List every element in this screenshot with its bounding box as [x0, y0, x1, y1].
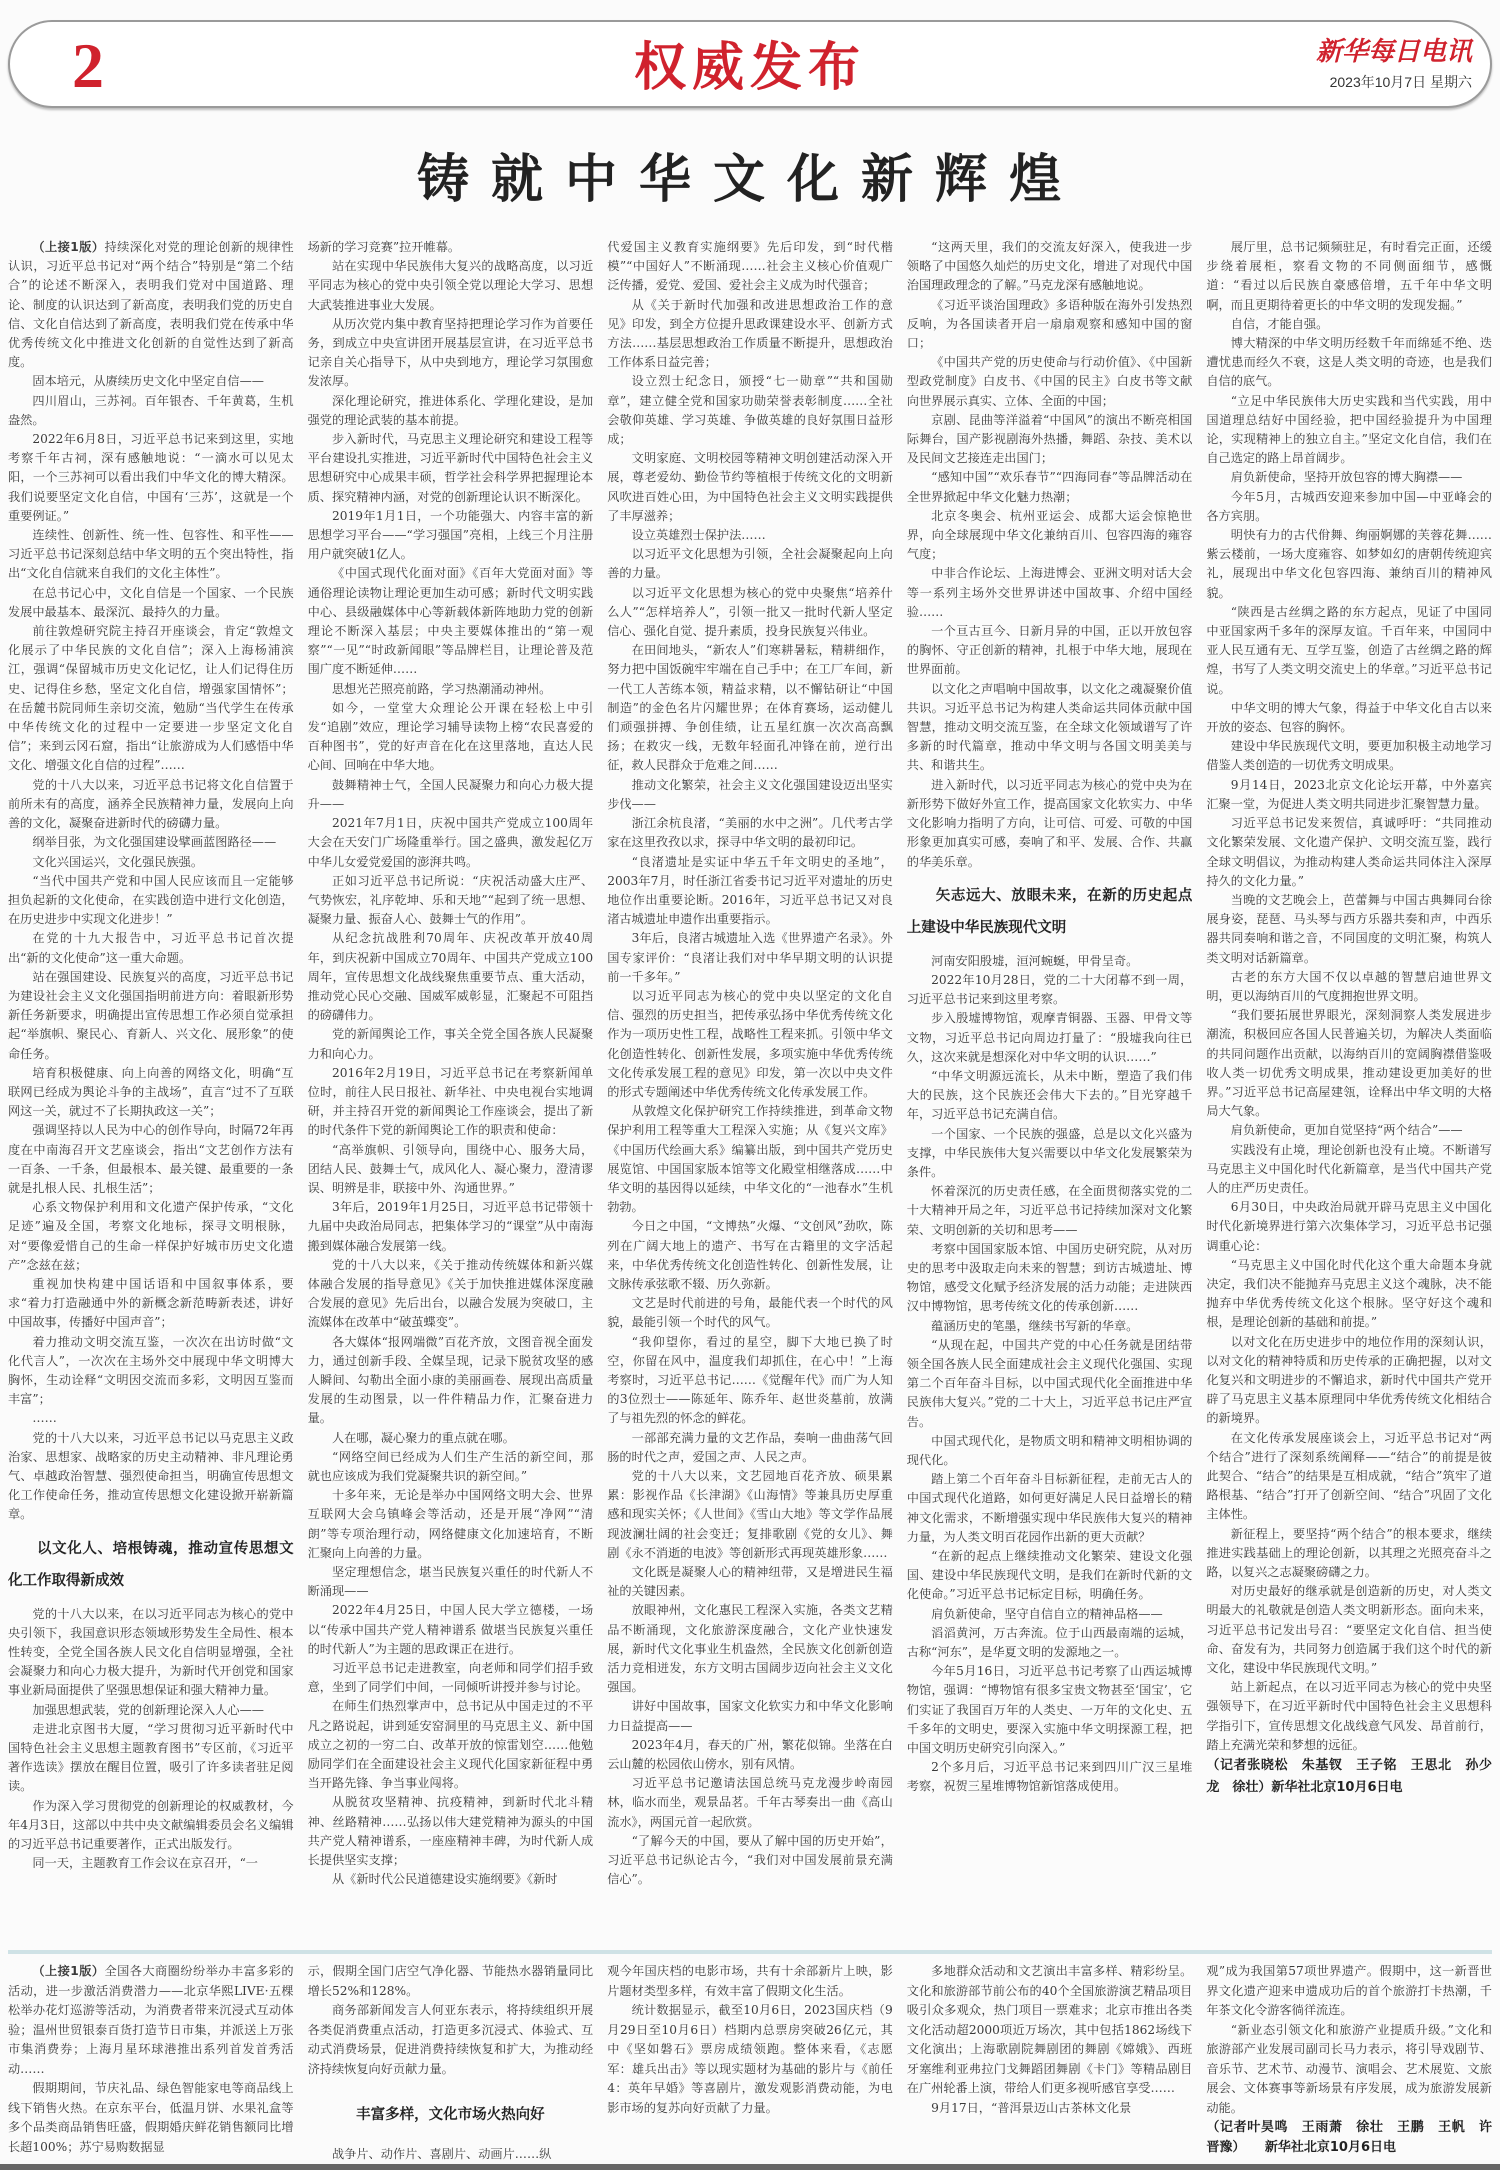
paragraph: 如今，一堂堂大众理论公开课在轻松上中引发“追剧”效应，理论学习辅导读物上榜“农民… [308, 699, 594, 776]
paragraph: 肩负新使命，坚持开放包容的博大胸襟—— [1206, 468, 1492, 487]
paragraph: 文艺是时代前进的号角，最能代表一个时代的风貌，最能引领一个时代的风气。 [607, 1294, 893, 1332]
paragraph-text: 心系文物保护利用和文化遗产保护传承，“文化足迹”遍及全国，考察文化地标，探寻文明… [8, 1200, 294, 1272]
paragraph-text: 一部部充满力量的文艺作品，奏响一曲曲荡气回肠的时代之声，爱国之声、人民之声。 [607, 1431, 893, 1464]
paragraph: 考察中国国家版本馆、中国历史研究院，从对历史的思考中汲取走向未来的智慧；到访古城… [907, 1240, 1193, 1317]
paragraph-text: 建设中华民族现代文明，要更加积极主动地学习借鉴人类创造的一切优秀文明成果。 [1206, 739, 1492, 772]
paragraph-text: 党的十八大以来，在以习近平同志为核心的党中央引领下，我国意识形态领域形势发生全局… [8, 1607, 294, 1698]
paragraph-text: 9月14日，2023北京文化论坛开幕，中外嘉宾汇聚一堂，为促进人类文明共同进步汇… [1206, 778, 1492, 811]
paragraph: （上接1版）全国各大商圈纷纷举办丰富多彩的活动，进一步激活消费潜力——北京华熙L… [8, 1962, 294, 2079]
paragraph: “感知中国”“欢乐春节”“四海同春”等品牌活动在全世界掀起中华文化魅力热潮； [907, 468, 1193, 506]
paragraph: 站在实现中华民族伟大复兴的战略高度，以习近平同志为核心的党中央引领全党以理论大学… [308, 257, 594, 315]
paragraph: 培育积极健康、向上向善的网络文化，明确“互联网已经成为舆论斗争的主战场”，直言“… [8, 1064, 294, 1122]
paragraph: 商务部新闻发言人何亚东表示，将持续组织开展各类促消费重点活动，打造更多沉浸式、体… [308, 2001, 594, 2079]
bottom-column-4: 多地群众活动和文艺演出丰富多样、精彩纷呈。文化和旅游部节前公布的40个全国旅游演… [907, 1962, 1193, 2162]
paragraph-text: 前往敦煌研究院主持召开座谈会，肯定“敦煌文化展示了中华民族的文化自信”；深入上海… [8, 624, 294, 772]
paragraph: 统计数据显示，截至10月6日，2023国庆档（9月29日至10月6日）档期内总票… [607, 2001, 893, 2118]
paragraph: 四川眉山，三苏祠。百年银杏、千年黄葛，生机盎然。 [8, 392, 294, 430]
paragraph-text: “在新的起点上继续推动文化繁荣、建设文化强国、建设中华民族现代文明，是我们在新时… [907, 1549, 1193, 1601]
paragraph-text: 中国式现代化，是物质文明和精神文明相协调的现代化。 [907, 1434, 1193, 1467]
paragraph: “中华文明源远流长，从未中断，塑造了我们伟大的民族，这个民族还会伟大下去的。”目… [907, 1067, 1193, 1125]
paragraph-text: 十多年来，无论是举办中国网络文明大会、世界互联网大会乌镇峰会等活动，还是开展“净… [308, 1488, 594, 1560]
paragraph: 从《关于新时代加强和改进思想政治工作的意见》印发，到全方位提升思政课建设水平、创… [607, 296, 893, 373]
paragraph-text: 四川眉山，三苏祠。百年银杏、千年黄葛，生机盎然。 [8, 394, 294, 427]
paragraph: “我仰望你，看过的星空，脚下大地已换了时空，你留在风中，温度我们却抓住，在心中！… [607, 1333, 893, 1429]
paragraph: 自信，才能自强。 [1206, 315, 1492, 334]
paragraph-text: 以习近平同志为核心的党中央以坚定的文化自信、强烈的历史担当，把传承弘扬中华优秀传… [607, 989, 893, 1099]
paragraph-text: 人在哪，凝心聚力的重点就在哪。 [332, 1431, 515, 1445]
newspaper-brand: 新华每日电讯 2023年10月7日 星期六 [1316, 34, 1472, 92]
paragraph: 一个亘古亘今、日新月异的中国，正以开放包容的胸怀、守正创新的精神，扎根于中华大地… [907, 622, 1193, 680]
paragraph: 以对文化在历史进步中的地位作用的深刻认识，以对文化的精神特质和历史传承的正确把握… [1206, 1333, 1492, 1429]
paragraph-text: 肩负新使命，坚持开放包容的博大胸襟—— [1231, 470, 1463, 484]
paragraph: 党的十八大以来，文艺园地百花齐放、硕果累累：影视作品《长津湖》《山海情》等兼具历… [607, 1467, 893, 1563]
paragraph-text: 加强思想武装，党的创新理论深入人心—— [32, 1703, 264, 1717]
bottom-column-1: （上接1版）全国各大商圈纷纷举办丰富多彩的活动，进一步激活消费潜力——北京华熙L… [8, 1962, 294, 2162]
paragraph-text: 纲举目张，为文化强国建设擘画蓝图路径—— [32, 835, 276, 849]
paragraph-text: 文明家庭、文明校园等精神文明创建活动深入开展，尊老爱幼、勤俭节约等植根于传统文化… [607, 451, 893, 523]
paragraph: 《中国式现代化面对面》《百年大党面对面》等通俗理论读物让理论更加生动可感；新时代… [308, 564, 594, 679]
paragraph-text: 讲好中国故事，国家文化软实力和中华文化影响力日益提高—— [607, 1699, 893, 1732]
paragraph-text: 中华文明的博大气象，得益于中华文化自古以来开放的姿态、包容的胸怀。 [1206, 701, 1492, 734]
paragraph: 2个多月后，习近平总书记来到四川广汉三星堆考察，祝贺三星堆博物馆新馆落成使用。 [907, 1758, 1193, 1796]
paragraph: 《中国共产党的历史使命与行动价值》、《中国新型政党制度》白皮书、《中国的民主》白… [907, 353, 1193, 411]
paragraph: 今日之中国，“文博热”火爆、“文创风”劲吹，陈列在广阔大地上的遗产、书写在古籍里… [607, 1217, 893, 1294]
paragraph-text: “我们要拓展世界眼光，深刻洞察人类发展进步潮流，积极回应各国人民普遍关切，为解决… [1206, 1008, 1492, 1118]
paragraph-text: 在田间地头，“新农人”们寒耕暑耘，精耕细作，努力把中国饭碗牢牢端在自己手中；在工… [607, 643, 893, 772]
paragraph: 滔滔黄河，万古奔流。位于山西最南端的运城，古称“河东”，是华夏文明的发源地之一。 [907, 1624, 1193, 1662]
paragraph-text: 思想光芒照亮前路，学习热潮涌动神州。 [332, 682, 551, 696]
paragraph-text: “了解今天的中国，要从了解中国的历史开始”，习近平总书记纵论古今，“我们对中国发… [607, 1834, 893, 1886]
bottom-column-2: 示，假期全国门店空气净化器、节能热水器销量同比增长52%和128%。商务部新闻发… [308, 1962, 594, 2162]
paragraph-text: 设立烈士纪念日，颁授“七一勋章”“共和国勋章”，建立健全党和国家功勋荣誉表彰制度… [607, 374, 893, 446]
paragraph: 各大媒体“报网端微”百花齐放，文图音视全面发力，通过创新手段、全媒呈现，记录下脱… [308, 1333, 594, 1429]
paragraph: “当代中国共产党和中国人民应该而且一定能够担负起新的文化使命，在实践创造中进行文… [8, 872, 294, 930]
paragraph: 推动文化繁荣，社会主义文化强国建设迈出坚实步伐—— [607, 776, 893, 814]
paragraph: 加强思想武装，党的创新理论深入人心—— [8, 1701, 294, 1720]
paragraph: 作为深入学习贯彻党的创新理论的权威教材，今年4月3日，这部以中共中央文献编辑委员… [8, 1797, 294, 1855]
paragraph: 在总书记心中，文化自信是一个国家、一个民族发展中最基本、最深沉、最持久的力量。 [8, 584, 294, 622]
paragraph-text: “立足中华民族伟大历史实践和当代实践，用中国道理总结好中国经验，把中国经验提升为… [1206, 394, 1492, 466]
paragraph-text: 对历史最好的继承就是创造新的历史，对人类文明最大的礼敬就是创造人类文明新形态。面… [1206, 1584, 1492, 1675]
paragraph-text: 浙江余杭良渚，“美丽的水中之洲”。几代考古学家在这里孜孜以求，探寻中华文明的最初… [607, 816, 893, 849]
paragraph: 从脱贫攻坚精神、抗疫精神，到新时代北斗精神、丝路精神……弘扬以伟大建党精神为源头… [308, 1793, 594, 1870]
paragraph-text: 一个国家、一个民族的强盛，总是以文化兴盛为支撑，中华民族伟大复兴需要以中华文化发… [907, 1127, 1193, 1179]
paragraph-text: 京剧、昆曲等洋溢着“中国风”的演出不断亮相国际舞台，国产影视剧海外热播，舞蹈、杂… [907, 413, 1193, 465]
paragraph-text: 以文化之声唱响中国故事，以文化之魂凝聚价值共识。习近平总书记为构建人类命运共同体… [907, 682, 1193, 773]
paragraph-text: 持续深化对党的理论创新的规律性认识，习近平总书记对“两个结合”特别是“第二个结合… [8, 240, 294, 369]
section-divider [8, 1950, 1492, 1954]
main-article: （上接1版）持续深化对党的理论创新的规律性认识，习近平总书记对“两个结合”特别是… [8, 238, 1492, 1958]
issue-date: 2023年10月7日 星期六 [1316, 72, 1472, 92]
paragraph: “马克思主义中国化时代化这个重大命题本身就决定，我们决不能抛弃马克思主义这个魂脉… [1206, 1256, 1492, 1333]
paragraph: 9月17日，“普洱景迈山古茶林文化景 [907, 2099, 1193, 2119]
paragraph-text: 实践没有止境，理论创新也没有止境。不断谱写马克思主义中国化时代化新篇章，是当代中… [1206, 1143, 1492, 1195]
paragraph-text: “网络空间已经成为人们生产生活的新空间，那就也应该成为我们党凝聚共识的新空间。” [308, 1450, 594, 1483]
paragraph-text: 丰富多样，文化市场火热向好 [356, 2107, 545, 2123]
article-headline: 铸就中华文化新辉煌 [0, 150, 1500, 210]
paragraph-text: 党的十八大以来，习近平总书记以马克思主义政治家、思想家、战略家的历史主动精神、非… [8, 1431, 294, 1522]
paragraph: “良渚遗址是实证中华五千年文明史的圣地”，2003年7月，时任浙江省委书记习近平… [607, 853, 893, 930]
paragraph: “网络空间已经成为人们生产生活的新空间，那就也应该成为我们党凝聚共识的新空间。” [308, 1448, 594, 1486]
paragraph-text: 商务部新闻发言人何亚东表示，将持续组织开展各类促消费重点活动，打造更多沉浸式、体… [308, 2003, 594, 2076]
paragraph-text: 战争片、动作片、喜剧片、动画片……纵 [332, 2147, 551, 2161]
paragraph: “在新的起点上继续推动文化繁荣、建设文化强国、建设中华民族现代文明，是我们在新时… [907, 1547, 1193, 1605]
paragraph: 6月30日，中央政治局就开辟马克思主义中国化时代化新境界进行第六次集体学习，习近… [1206, 1198, 1492, 1256]
paragraph: 党的新闻舆论工作，事关全党全国各族人民凝聚力和向心力。 [308, 1025, 594, 1063]
paragraph: 蕴涵历史的笔墨，继续书写新的华章。 [907, 1317, 1193, 1336]
paragraph-text: 统计数据显示，截至10月6日，2023国庆档（9月29日至10月6日）档期内总票… [607, 2003, 893, 2115]
paragraph: 肩负新使命，坚守自信自立的精神品格—— [907, 1605, 1193, 1624]
paragraph-text: 党的新闻舆论工作，事关全党全国各族人民凝聚力和向心力。 [308, 1027, 594, 1060]
paragraph-text: 当晚的文艺晚会上，芭蕾舞与中国古典舞同台徐展身姿，琵琶、马头琴与西方乐器共奏和声… [1206, 893, 1492, 965]
section-subhead: 丰富多样，文化市场火热向好 [308, 2097, 594, 2133]
paragraph: 以习近平文化思想为核心的党中央聚焦“培养什么人”“怎样培养人”，引领一批又一批时… [607, 584, 893, 642]
paragraph: 强调坚持以人民为中心的创作导向，时隔72年再度在中南海召开文艺座谈会，指出“文艺… [8, 1121, 294, 1198]
bottom-article: （上接1版）全国各大商圈纷纷举办丰富多彩的活动，进一步激活消费潜力——北京华熙L… [8, 1962, 1492, 2162]
paragraph-text: 习近平总书记发来贺信，真诚呼吁：“共同推动文化繁荣发展、文化遗产保护、文明交流互… [1206, 816, 1492, 888]
paragraph-text: 观今年国庆档的电影市场，共有十余部新片上映，影片题材类型多样，有效丰富了假期文化… [607, 1964, 893, 1998]
paragraph: 2022年10月28日，党的二十大闭幕不到一周，习近平总书记来到这里考察。 [907, 971, 1193, 1009]
paragraph: 一个国家、一个民族的强盛，总是以文化兴盛为支撑，中华民族伟大复兴需要以中华文化发… [907, 1125, 1193, 1183]
paragraph: 明快有力的古代佾舞、绚丽婀娜的芙蓉花舞……紫云楼前，一场大度雍容、如梦如幻的唐朝… [1206, 526, 1492, 603]
paragraph-text: “高举旗帜、引领导向，围绕中心、服务大局，团结人民、鼓舞士气，成风化人、凝心聚力… [308, 1143, 594, 1195]
paragraph: 2021年7月1日，庆祝中国共产党成立100周年大会在天安门广场隆重举行。国之盛… [308, 814, 594, 872]
paragraph: 京剧、昆曲等洋溢着“中国风”的演出不断亮相国际舞台，国产影视剧海外热播，舞蹈、杂… [907, 411, 1193, 469]
paragraph-text: 河南安阳殷墟，洹河蜿蜒，甲骨呈奇。 [931, 954, 1138, 968]
paragraph-text: 3年后，良渚古城遗址入选《世界遗产名录》。外国专家评价：“良渚让我们对中华早期文… [607, 931, 893, 983]
paragraph: 中非合作论坛、上海进博会、亚洲文明对话大会等一系列主场外交世界讲述中国故事、介绍… [907, 564, 1193, 622]
paragraph: 河南安阳殷墟，洹河蜿蜒，甲骨呈奇。 [907, 952, 1193, 971]
paragraph-text: 中非合作论坛、上海进博会、亚洲文明对话大会等一系列主场外交世界讲述中国故事、介绍… [907, 566, 1193, 618]
paragraph: 讲好中国故事，国家文化软实力和中华文化影响力日益提高—— [607, 1697, 893, 1735]
paragraph: 博大精深的中华文明历经数千年而绵延不绝、迭遭忧患而经久不衰，这是人类文明的奇迹，… [1206, 334, 1492, 392]
paragraph: 从敦煌文化保护研究工作持续推进，到革命文物保护利用工程等重大工程深入实施；从《复… [607, 1102, 893, 1217]
paragraph: 多地群众活动和文艺演出丰富多样、精彩纷呈。文化和旅游部节前公布的40个全国旅游演… [907, 1962, 1193, 2099]
paragraph-text: 自信，才能自强。 [1231, 317, 1329, 331]
paragraph: 中国式现代化，是物质文明和精神文明相协调的现代化。 [907, 1432, 1193, 1470]
paragraph-text: 考察中国国家版本馆、中国历史研究院，从对历史的思考中汲取走向未来的智慧；到访古城… [907, 1242, 1193, 1314]
paragraph: 新征程上，要坚持“两个结合”的根本要求，继续推进实践基础上的理论创新，以其理之光… [1206, 1525, 1492, 1583]
paragraph: 2022年6月8日，习近平总书记来到这里，实地考察千年古祠，深有感触地说：“一滴… [8, 430, 294, 526]
paragraph-text: 滔滔黄河，万古奔流。位于山西最南端的运城，古称“河东”，是华夏文明的发源地之一。 [907, 1626, 1193, 1659]
paragraph: 前往敦煌研究院主持召开座谈会，肯定“敦煌文化展示了中华民族的文化自信”；深入上海… [8, 622, 294, 776]
masthead: 2 权威发布 新华每日电讯 2023年10月7日 星期六 [8, 20, 1492, 108]
paragraph: 观”成为我国第57项世界遗产。假期中，这一新晋世界文化遗产迎来申遗成功后的首个旅… [1206, 1962, 1492, 2021]
paragraph: 假期期间，节庆礼品、绿色智能家电等商品线上线下销售火热。在京东平台，低温月饼、水… [8, 2079, 294, 2157]
paragraph-text: 从敦煌文化保护研究工作持续推进，到革命文物保护利用工程等重大工程深入实施；从《复… [607, 1104, 893, 1214]
paragraph-text: “新业态引领文化和旅游产业提质升级。”文化和旅游部产业发展司副司长马力表示，将引… [1206, 2023, 1492, 2115]
paragraph: 重视加快构建中国话语和中国叙事体系，要求“着力打造融通中外的新概念新范畴新表述，… [8, 1275, 294, 1333]
paragraph: 文化兴国运兴，文化强民族强。 [8, 853, 294, 872]
page-bottom-border [0, 2164, 1500, 2170]
paragraph-text: 2022年6月8日，习近平总书记来到这里，实地考察千年古祠，深有感触地说：“一滴… [8, 432, 294, 523]
paragraph-text: 以文化人、培根铸魂，推动宣传思想文化工作取得新成效 [8, 1541, 294, 1589]
paragraph-text: 博大精深的中华文明历经数千年而绵延不绝、迭遭忧患而经久不衰，这是人类文明的奇迹，… [1206, 336, 1492, 388]
paragraph: 对历史最好的继承就是创造新的历史，对人类文明最大的礼敬就是创造人类文明新形态。面… [1206, 1582, 1492, 1678]
main-column-3: 代爱国主义教育实施纲要》先后印发，到“时代楷模”“中国好人”不断涌现……社会主义… [607, 238, 893, 1958]
paragraph-text: 今日之中国，“文博热”火爆、“文创风”劲吹，陈列在广阔大地上的遗产、书写在古籍里… [607, 1219, 893, 1291]
paragraph: 建设中华民族现代文明，要更加积极主动地学习借鉴人类创造的一切优秀文明成果。 [1206, 737, 1492, 775]
paragraph: 2022年4月25日，中国人民大学立德楼，一场以“传承中国共产党人精神谱系 做堪… [308, 1601, 594, 1659]
paragraph: “高举旗帜、引领导向，围绕中心、服务大局，团结人民、鼓舞士气，成风化人、凝心聚力… [308, 1141, 594, 1199]
main-column-2: 场新的学习竞赛”拉开帷幕。站在实现中华民族伟大复兴的战略高度，以习近平同志为核心… [308, 238, 594, 1958]
paragraph-text: 2022年10月28日，党的二十大闭幕不到一周，习近平总书记来到这里考察。 [907, 973, 1193, 1006]
paragraph: 观今年国庆档的电影市场，共有十余部新片上映，影片题材类型多样，有效丰富了假期文化… [607, 1962, 893, 2001]
paragraph-text: 站在强国建设、民族复兴的高度，习近平总书记为建设社会主义文化强国指明前进方向：着… [8, 970, 294, 1061]
paragraph-text: 鼓舞精神士气，全国人民凝聚力和向心力极大提升—— [308, 778, 594, 811]
paragraph-text: 培育积极健康、向上向善的网络文化，明确“互联网已经成为舆论斗争的主战场”，直言“… [8, 1066, 294, 1118]
paragraph-text: 强调坚持以人民为中心的创作导向，时隔72年再度在中南海召开文艺座谈会，指出“文艺… [8, 1123, 294, 1195]
paragraph: 进入新时代，以习近平同志为核心的党中央为在新形势下做好外宣工作，提高国家文化软实… [907, 776, 1193, 872]
paragraph-text: …… [32, 1411, 56, 1425]
paragraph: 着力推动文明交流互鉴，一次次在出访时做“文化代言人”，一次次在主场外交中展现中华… [8, 1333, 294, 1410]
paragraph-text: 肩负新使命，更加自觉坚持“两个结合”—— [1231, 1123, 1463, 1137]
paragraph: 踏上第二个百年奋斗目标新征程，走前无古人的中国式现代化道路，如何更好满足人民日益… [907, 1470, 1193, 1547]
paragraph: 以习近平同志为核心的党中央以坚定的文化自信、强烈的历史担当，把传承弘扬中华优秀传… [607, 987, 893, 1102]
paragraph-text: 作为深入学习贯彻党的创新理论的权威教材，今年4月3日，这部以中共中央文献编辑委员… [8, 1799, 294, 1851]
paragraph: …… [8, 1409, 294, 1428]
paragraph: “了解今天的中国，要从了解中国的历史开始”，习近平总书记纵论古今，“我们对中国发… [607, 1832, 893, 1890]
paragraph-text: 假期期间，节庆礼品、绿色智能家电等商品线上线下销售火热。在京东平台，低温月饼、水… [8, 2081, 294, 2154]
section-subhead: 矢志远大、放眼未来，在新的历史起点上建设中华民族现代文明 [907, 880, 1193, 944]
paragraph: 习近平总书记发来贺信，真诚呼吁：“共同推动文化繁荣发展、文化遗产保护、文明交流互… [1206, 814, 1492, 891]
bottom-column-3: 观今年国庆档的电影市场，共有十余部新片上映，影片题材类型多样，有效丰富了假期文化… [607, 1962, 893, 2162]
paragraph-text: 设立英雄烈士保护法…… [632, 528, 766, 542]
paragraph-text: 《习近平谈治国理政》多语种版在海外引发热烈反响，为各国读者开启一扇扇观察和感知中… [907, 298, 1193, 350]
paragraph-text: 文化兴国运兴，文化强民族强。 [32, 855, 203, 869]
paragraph-text: 推动文化繁荣，社会主义文化强国建设迈出坚实步伐—— [607, 778, 893, 811]
paragraph-text: 以对文化在历史进步中的地位作用的深刻认识，以对文化的精神特质和历史传承的正确把握… [1206, 1335, 1492, 1426]
paragraph: 从历次党内集中教育坚持把理论学习作为首要任务，到成立中央宣讲团开展基层宣讲，在习… [308, 315, 594, 392]
paragraph-text: 全国各大商圈纷纷举办丰富多彩的活动，进一步激活消费潜力——北京华熙LIVE·五棵… [8, 1964, 294, 2076]
main-column-1: （上接1版）持续深化对党的理论创新的规律性认识，习近平总书记对“两个结合”特别是… [8, 238, 294, 1958]
paragraph-text: “当代中国共产党和中国人民应该而且一定能够担负起新的文化使命，在实践创造中进行文… [8, 874, 294, 926]
paragraph: 深化理论研究，推进体系化、学理化建设，是加强党的理论武装的基本前提。 [308, 392, 594, 430]
paragraph-text: 展厅里，总书记频频驻足，有时看完正面，还缓步绕着展柜，察看文物的不同侧面细节，感… [1206, 240, 1492, 312]
paragraph-text: 正如习近平总书记所说：“庆祝活动盛大庄严、气势恢宏，礼序乾坤、乐和天地”“起到了… [308, 874, 594, 926]
paragraph-text: 文艺是时代前进的号角，最能代表一个时代的风貌，最能引领一个时代的风气。 [607, 1296, 893, 1329]
paragraph-text: 连续性、创新性、统一性、包容性、和平性——习近平总书记深刻总结中华文明的五个突出… [8, 528, 294, 580]
paragraph: 人在哪，凝心聚力的重点就在哪。 [308, 1429, 594, 1448]
paragraph: 党的十八大以来，习近平总书记将文化自信置于前所未有的高度，涵养全民族精神力量，发… [8, 776, 294, 834]
paragraph-text: 走进北京图书大厦，“学习贯彻习近平新时代中国特色社会主义思想主题教育图书”专区前… [8, 1722, 294, 1794]
paragraph: 步入殷墟博物馆，观摩青铜器、玉器、甲骨文等文物，习近平总书记向周边打量了：“殷墟… [907, 1009, 1193, 1067]
paragraph: 古老的东方大国不仅以卓越的智慧启迪世界文明，更以海纳百川的气度拥抱世界文明。 [1206, 968, 1492, 1006]
paragraph: 文明家庭、文明校园等精神文明创建活动深入开展，尊老爱幼、勤俭节约等植根于传统文化… [607, 449, 893, 526]
paragraph-text: （记者叶昊鸣 王雨萧 徐壮 王鹏 王帆 许晋豫） 新华社北京10月6日电 [1206, 2120, 1492, 2155]
paragraph-text: 2019年1月1日，一个功能强大、内容丰富的新思想学习平台——“学习强国”亮相，… [308, 509, 594, 561]
paragraph-text: 党的十八大以来，习近平总书记将文化自信置于前所未有的高度，涵养全民族精神力量，发… [8, 778, 294, 830]
paragraph-text: 在文化传承发展座谈会上，习近平总书记对“两个结合”进行了深刻系统阐释——“结合”… [1206, 1431, 1492, 1522]
paragraph-text: “从现在起，中国共产党的中心任务就是团结带领全国各族人民全面建成社会主义现代化强… [907, 1338, 1193, 1429]
paragraph-text: 观”成为我国第57项世界遗产。假期中，这一新晋世界文化遗产迎来申遗成功后的首个旅… [1206, 1964, 1492, 2017]
paragraph: 3年后，2019年1月25日，习近平总书记带领十九届中央政治局同志，把集体学习的… [308, 1198, 594, 1256]
paragraph-text: 2022年4月25日，中国人民大学立德楼，一场以“传承中国共产党人精神谱系 做堪… [308, 1603, 594, 1655]
paragraph-text: 步入新时代，马克思主义理论研究和建设工程等平台建设扎实推进，习近平新时代中国特色… [308, 432, 594, 504]
paragraph: 场新的学习竞赛”拉开帷幕。 [308, 238, 594, 257]
paragraph: 设立英雄烈士保护法…… [607, 526, 893, 545]
paragraph-text: 今年5月，古城西安迎来参加中国—中亚峰会的各方宾朋。 [1206, 490, 1492, 523]
section-subhead: 以文化人、培根铸魂，推动宣传思想文化工作取得新成效 [8, 1533, 294, 1597]
paragraph-text: 在师生们热烈掌声中，总书记从中国走过的不平凡之路说起，讲到延安窑洞里的马克思主义… [308, 1699, 594, 1790]
paragraph: 站上新起点，在以习近平同志为核心的党中央坚强领导下，在习近平新时代中国特色社会主… [1206, 1678, 1492, 1755]
paragraph-text: 固本培元，从赓续历史文化中坚定自信—— [32, 374, 264, 388]
paragraph-text: “中华文明源远流长，从未中断，塑造了我们伟大的民族，这个民族还会伟大下去的。”目… [907, 1069, 1193, 1121]
paragraph: 展厅里，总书记频频驻足，有时看完正面，还缓步绕着展柜，察看文物的不同侧面细节，感… [1206, 238, 1492, 315]
paragraph: 以文化之声唱响中国故事，以文化之魂凝聚价值共识。习近平总书记为构建人类命运共同体… [907, 680, 1193, 776]
paragraph: 鼓舞精神士气，全国人民凝聚力和向心力极大提升—— [308, 776, 594, 814]
byline: （记者张晓松 朱基钗 王子铭 王思北 孙少龙 徐壮）新华社北京10月6日电 [1206, 1755, 1492, 1799]
paragraph: 走进北京图书大厦，“学习贯彻习近平新时代中国特色社会主义思想主题教育图书”专区前… [8, 1720, 294, 1797]
paragraph-text: “良渚遗址是实证中华五千年文明史的圣地”，2003年7月，时任浙江省委书记习近平… [607, 855, 893, 927]
paragraph: 纲举目张，为文化强国建设擘画蓝图路径—— [8, 833, 294, 852]
continued-from-marker: （上接1版） [32, 1964, 104, 1978]
paragraph: 在党的十九大报告中，习近平总书记首次提出“新的文化使命”这一重大命题。 [8, 929, 294, 967]
paragraph-text: 古老的东方大国不仅以卓越的智慧启迪世界文明，更以海纳百川的气度拥抱世界文明。 [1206, 970, 1492, 1003]
byline: （记者叶昊鸣 王雨萧 徐壮 王鹏 王帆 许晋豫） 新华社北京10月6日电 [1206, 2118, 1492, 2158]
paragraph-text: “马克思主义中国化时代化这个重大命题本身就决定，我们决不能抛弃马克思主义这个魂脉… [1206, 1258, 1492, 1330]
paragraph: 今年5月，古城西安迎来参加中国—中亚峰会的各方宾朋。 [1206, 488, 1492, 526]
paragraph-text: 从脱贫攻坚精神、抗疫精神，到新时代北斗精神、丝路精神……弘扬以伟大建党精神为源头… [308, 1795, 594, 1867]
paragraph-text: 《中国共产党的历史使命与行动价值》、《中国新型政党制度》白皮书、《中国的民主》白… [907, 355, 1193, 407]
paragraph-text: 以习近平文化思想为核心的党中央聚焦“培养什么人”“怎样培养人”，引领一批又一批时… [607, 586, 893, 638]
paragraph-text: 重视加快构建中国话语和中国叙事体系，要求“着力打造融通中外的新概念新范畴新表述，… [8, 1277, 294, 1329]
brand-logo: 新华每日电讯 [1316, 34, 1472, 70]
paragraph: 浙江余杭良渚，“美丽的水中之洲”。几代考古学家在这里孜孜以求，探寻中华文明的最初… [607, 814, 893, 852]
main-column-5: 展厅里，总书记频频驻足，有时看完正面，还缓步绕着展柜，察看文物的不同侧面细节，感… [1206, 238, 1492, 1958]
section-title: 权威发布 [10, 38, 1490, 98]
paragraph: 一部部充满力量的文艺作品，奏响一曲曲荡气回肠的时代之声，爱国之声、人民之声。 [607, 1429, 893, 1467]
paragraph: 中华文明的博大气象，得益于中华文化自古以来开放的姿态、包容的胸怀。 [1206, 699, 1492, 737]
paragraph: 以习近平文化思想为引领，全社会凝聚起向上向善的力量。 [607, 545, 893, 583]
paragraph: 党的十八大以来，习近平总书记以马克思主义政治家、思想家、战略家的历史主动精神、非… [8, 1429, 294, 1525]
paragraph: 示，假期全国门店空气净化器、节能热水器销量同比增长52%和128%。 [308, 1962, 594, 2001]
paragraph: 2019年1月1日，一个功能强大、内容丰富的新思想学习平台——“学习强国”亮相，… [308, 507, 594, 565]
paragraph-text: 矢志远大、放眼未来，在新的历史起点上建设中华民族现代文明 [907, 888, 1193, 936]
paragraph: 当晚的文艺晚会上，芭蕾舞与中国古典舞同台徐展身姿，琵琶、马头琴与西方乐器共奏和声… [1206, 891, 1492, 968]
paragraph: 怀着深沉的历史责任感，在全面贯彻落实党的二十大精神开局之年，习近平总书记持续加深… [907, 1182, 1193, 1240]
paragraph: 战争片、动作片、喜剧片、动画片……纵 [308, 2145, 594, 2162]
paragraph-text: 放眼神州，文化惠民工程深入实施，各类文艺精品不断涌现，文化旅游深度融合，文化产业… [607, 1603, 893, 1694]
paragraph-text: “这两天里，我们的交流友好深入，使我进一步领略了中国悠久灿烂的历史文化，增进了对… [907, 240, 1193, 292]
paragraph: 习近平总书记走进教室，向老师和同学们招手致意，坐到了同学们中间，一同倾听讲授并参… [308, 1659, 594, 1697]
paragraph-text: 以习近平文化思想为引领，全社会凝聚起向上向善的力量。 [607, 547, 893, 580]
paragraph-text: 今年5月16日，习近平总书记考察了山西运城博物馆，强调：“博物馆有很多宝贵文物甚… [907, 1664, 1193, 1755]
paragraph: 北京冬奥会、杭州亚运会、成都大运会惊艳世界，向全球展现中华文化兼纳百川、包容四海… [907, 507, 1193, 565]
paragraph-text: 示，假期全国门店空气净化器、节能热水器销量同比增长52%和128%。 [308, 1964, 594, 1998]
paragraph-text: 9月17日，“普洱景迈山古茶林文化景 [931, 2101, 1131, 2115]
paragraph: 肩负新使命，更加自觉坚持“两个结合”—— [1206, 1121, 1492, 1140]
paragraph: “从现在起，中国共产党的中心任务就是团结带领全国各族人民全面建成社会主义现代化强… [907, 1336, 1193, 1432]
paragraph: 站在强国建设、民族复兴的高度，习近平总书记为建设社会主义文化强国指明前进方向：着… [8, 968, 294, 1064]
paragraph-text: 场新的学习竞赛”拉开帷幕。 [308, 240, 460, 254]
paragraph: 实践没有止境，理论创新也没有止境。不断谱写马克思主义中国化时代化新篇章，是当代中… [1206, 1141, 1492, 1199]
paragraph: 今年5月16日，习近平总书记考察了山西运城博物馆，强调：“博物馆有很多宝贵文物甚… [907, 1662, 1193, 1758]
paragraph-text: 如今，一堂堂大众理论公开课在轻松上中引发“追剧”效应，理论学习辅导读物上榜“农民… [308, 701, 594, 773]
paragraph: 固本培元，从赓续历史文化中坚定自信—— [8, 372, 294, 391]
paragraph-text: 肩负新使命，坚守自信自立的精神品格—— [931, 1607, 1163, 1621]
paragraph-text: 站上新起点，在以习近平同志为核心的党中央坚强领导下，在习近平新时代中国特色社会主… [1206, 1680, 1492, 1752]
paragraph-text: 进入新时代，以习近平同志为核心的党中央为在新形势下做好外宣工作，提高国家文化软实… [907, 778, 1193, 869]
paragraph-text: 2个多月后，习近平总书记来到四川广汉三星堆考察，祝贺三星堆博物馆新馆落成使用。 [907, 1760, 1193, 1793]
paragraph-text: 从历次党内集中教育坚持把理论学习作为首要任务，到成立中央宣讲团开展基层宣讲，在习… [308, 317, 594, 389]
paragraph: 在师生们热烈掌声中，总书记从中国走过的不平凡之路说起，讲到延安窑洞里的马克思主义… [308, 1697, 594, 1793]
paragraph-text: 从《关于新时代加强和改进思想政治工作的意见》印发，到全方位提升思政课建设水平、创… [607, 298, 893, 370]
paragraph: 在文化传承发展座谈会上，习近平总书记对“两个结合”进行了深刻系统阐释——“结合”… [1206, 1429, 1492, 1525]
paragraph-text: 站在实现中华民族伟大复兴的战略高度，以习近平同志为核心的党中央引领全党以理论大学… [308, 259, 594, 311]
paragraph: 从《新时代公民道德建设实施纲要》《新时 [308, 1870, 594, 1889]
paragraph-text: “感知中国”“欢乐春节”“四海同春”等品牌活动在全世界掀起中华文化魅力热潮； [907, 470, 1193, 503]
paragraph-text: 深化理论研究，推进体系化、学理化建设，是加强党的理论武装的基本前提。 [308, 394, 594, 427]
paragraph: 思想光芒照亮前路，学习热潮涌动神州。 [308, 680, 594, 699]
paragraph: 9月14日，2023北京文化论坛开幕，中外嘉宾汇聚一堂，为促进人类文明共同进步汇… [1206, 776, 1492, 814]
paragraph-text: 怀着深沉的历史责任感，在全面贯彻落实党的二十大精神开局之年，习近平总书记持续加深… [907, 1184, 1193, 1236]
paragraph-text: （记者张晓松 朱基钗 王子铭 王思北 孙少龙 徐壮）新华社北京10月6日电 [1206, 1758, 1492, 1795]
paragraph-text: 党的十八大以来，文艺园地百花齐放、硕果累累：影视作品《长津湖》《山海情》等兼具历… [607, 1469, 893, 1560]
paragraph: 党的十八大以来，《关于推动传统媒体和新兴媒体融合发展的指导意见》《关于加快推进媒… [308, 1256, 594, 1333]
paragraph-text: 新征程上，要坚持“两个结合”的根本要求，继续推进实践基础上的理论创新，以其理之光… [1206, 1527, 1492, 1579]
paragraph: 坚定理想信念，堪当民族复兴重任的时代新人不断涌现—— [308, 1563, 594, 1601]
paragraph-text: 2023年4月，春天的广州，繁花似锦。坐落在白云山麓的松园依山傍水，别有风情。 [607, 1738, 893, 1771]
paragraph: 2016年2月19日，习近平总书记在考察新闻单位时，前往人民日报社、新华社、中央… [308, 1064, 594, 1141]
paragraph: 文化既是凝聚人心的精神纽带，又是增进民生福祉的关键因素。 [607, 1563, 893, 1601]
paragraph: 同一天，主题教育工作会议在京召开，“一 [8, 1854, 294, 1873]
paragraph-text: 从《新时代公民道德建设实施纲要》《新时 [332, 1872, 557, 1886]
paragraph: 3年后，良渚古城遗址入选《世界遗产名录》。外国专家评价：“良渚让我们对中华早期文… [607, 929, 893, 987]
paragraph-text: “陕西是古丝绸之路的东方起点，见证了中国同中亚国家两千多年的深厚友谊。千百年来，… [1206, 605, 1492, 696]
paragraph-text: 习近平总书记走进教室，向老师和同学们招手致意，坐到了同学们中间，一同倾听讲授并参… [308, 1661, 594, 1694]
paragraph-text: 《中国式现代化面对面》《百年大党面对面》等通俗理论读物让理论更加生动可感；新时代… [308, 566, 594, 676]
paragraph: “新业态引领文化和旅游产业提质升级。”文化和旅游部产业发展司副司长马力表示，将引… [1206, 2021, 1492, 2119]
paragraph: 从纪念抗战胜利70周年、庆祝改革开放40周年，到庆祝新中国成立70周年、中国共产… [308, 929, 594, 1025]
continued-from-marker: （上接1版） [32, 240, 104, 254]
paragraph: “这两天里，我们的交流友好深入，使我进一步领略了中国悠久灿烂的历史文化，增进了对… [907, 238, 1193, 296]
paragraph: 十多年来，无论是举办中国网络文明大会、世界互联网大会乌镇峰会等活动，还是开展“净… [308, 1486, 594, 1563]
paragraph-text: 在总书记心中，文化自信是一个国家、一个民族发展中最基本、最深沉、最持久的力量。 [8, 586, 294, 619]
paragraph-text: 步入殷墟博物馆，观摩青铜器、玉器、甲骨文等文物，习近平总书记向周边打量了：“殷墟… [907, 1011, 1193, 1063]
paragraph: 《习近平谈治国理政》多语种版在海外引发热烈反响，为各国读者开启一扇扇观察和感知中… [907, 296, 1193, 354]
paragraph: 2023年4月，春天的广州，繁花似锦。坐落在白云山麓的松园依山傍水，别有风情。 [607, 1736, 893, 1774]
paragraph-text: 北京冬奥会、杭州亚运会、成都大运会惊艳世界，向全球展现中华文化兼纳百川、包容四海… [907, 509, 1193, 561]
paragraph: （上接1版）持续深化对党的理论创新的规律性认识，习近平总书记对“两个结合”特别是… [8, 238, 294, 372]
paragraph-text: 党的十八大以来，《关于推动传统媒体和新兴媒体融合发展的指导意见》《关于加快推进媒… [308, 1258, 594, 1330]
paragraph: 代爱国主义教育实施纲要》先后印发，到“时代楷模”“中国好人”不断涌现……社会主义… [607, 238, 893, 296]
paragraph-text: 各大媒体“报网端微”百花齐放，文图音视全面发力，通过创新手段、全媒呈现，记录下脱… [308, 1335, 594, 1426]
paragraph-text: 明快有力的古代佾舞、绚丽婀娜的芙蓉花舞……紫云楼前，一场大度雍容、如梦如幻的唐朝… [1206, 528, 1492, 600]
paragraph-text: 2016年2月19日，习近平总书记在考察新闻单位时，前往人民日报社、新华社、中央… [308, 1066, 594, 1138]
paragraph: “我们要拓展世界眼光，深刻洞察人类发展进步潮流，积极回应各国人民普遍关切，为解决… [1206, 1006, 1492, 1121]
paragraph: 党的十八大以来，在以习近平同志为核心的党中央引领下，我国意识形态领域形势发生全局… [8, 1605, 294, 1701]
paragraph-text: 习近平总书记邀请法国总统马克龙漫步岭南园林，临水而坐，观景品茗。千年古琴奏出一曲… [607, 1776, 893, 1828]
paragraph: 设立烈士纪念日，颁授“七一勋章”“共和国勋章”，建立健全党和国家功勋荣誉表彰制度… [607, 372, 893, 449]
paragraph-text: 同一天，主题教育工作会议在京召开，“一 [32, 1856, 258, 1870]
paragraph: “陕西是古丝绸之路的东方起点，见证了中国同中亚国家两千多年的深厚友谊。千百年来，… [1206, 603, 1492, 699]
paragraph-text: 踏上第二个百年奋斗目标新征程，走前无古人的中国式现代化道路，如何更好满足人民日益… [907, 1472, 1193, 1544]
paragraph: 正如习近平总书记所说：“庆祝活动盛大庄严、气势恢宏，礼序乾坤、乐和天地”“起到了… [308, 872, 594, 930]
paragraph: 习近平总书记邀请法国总统马克龙漫步岭南园林，临水而坐，观景品茗。千年古琴奏出一曲… [607, 1774, 893, 1832]
paragraph-text: 着力推动文明交流互鉴，一次次在出访时做“文化代言人”，一次次在主场外交中展现中华… [8, 1335, 294, 1407]
paragraph-text: “我仰望你，看过的星空，脚下大地已换了时空，你留在风中，温度我们却抓住，在心中！… [607, 1335, 893, 1426]
paragraph-text: 多地群众活动和文艺演出丰富多样、精彩纷呈。文化和旅游部节前公布的40个全国旅游演… [907, 1964, 1193, 2095]
paragraph: 在田间地头，“新农人”们寒耕暑耘，精耕细作，努力把中国饭碗牢牢端在自己手中；在工… [607, 641, 893, 775]
paragraph-text: 蕴涵历史的笔墨，继续书写新的华章。 [931, 1319, 1138, 1333]
paragraph-text: 在党的十九大报告中，习近平总书记首次提出“新的文化使命”这一重大命题。 [8, 931, 294, 964]
paragraph-text: 文化既是凝聚人心的精神纽带，又是增进民生福祉的关键因素。 [607, 1565, 893, 1598]
paragraph: “立足中华民族伟大历史实践和当代实践，用中国道理总结好中国经验，把中国经验提升为… [1206, 392, 1492, 469]
paragraph-text: 一个亘古亘今、日新月异的中国，正以开放包容的胸怀、守正创新的精神，扎根于中华大地… [907, 624, 1193, 676]
paragraph-text: 2021年7月1日，庆祝中国共产党成立100周年大会在天安门广场隆重举行。国之盛… [308, 816, 594, 868]
paragraph: 连续性、创新性、统一性、包容性、和平性——习近平总书记深刻总结中华文明的五个突出… [8, 526, 294, 584]
